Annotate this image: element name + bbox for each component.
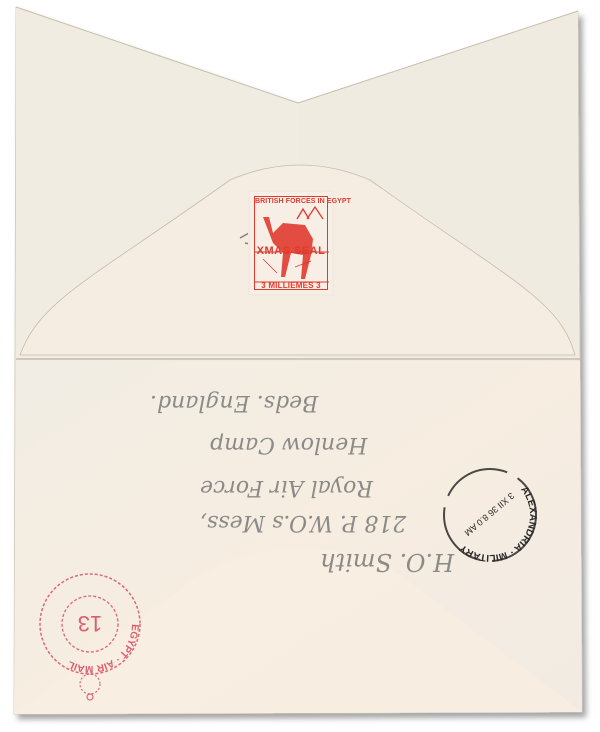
svg-text:3 XII 36 8.0 AM: 3 XII 36 8.0 AM xyxy=(463,491,517,538)
address-line-3: Royal Air Force xyxy=(200,475,373,500)
svg-text:13: 13 xyxy=(78,611,102,636)
camel-illustration-icon xyxy=(255,197,329,291)
stamp-overprint: XMAS SEAL xyxy=(255,245,327,257)
black-postmark: ALEXANDRIA · MILITARY 3 XII 36 8.0 AM xyxy=(430,455,550,575)
address-line-2: 218 P. W.O.s Mess, xyxy=(200,510,406,535)
address-line-4: Henlow Camp xyxy=(210,432,367,457)
address-line-5: Beds. England. xyxy=(150,390,318,415)
red-postmark: EGYPT · AIR MAIL 13 xyxy=(28,566,153,701)
envelope-scene: BRITISH FORCES IN EGYPT XMAS SEAL 3 MILL… xyxy=(0,0,600,732)
xmas-seal-stamp: BRITISH FORCES IN EGYPT XMAS SEAL 3 MILL… xyxy=(250,192,332,294)
stamp-value: 3 MILLIEMES 3 xyxy=(255,281,327,290)
stamp-top-text: BRITISH FORCES IN EGYPT xyxy=(255,198,327,205)
